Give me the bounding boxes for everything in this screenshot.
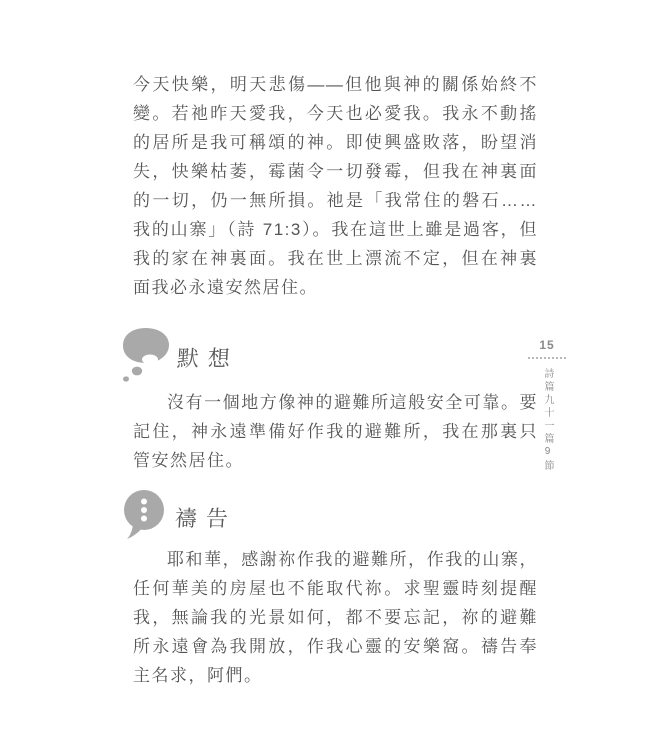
thought-bubble-icon [119, 326, 171, 389]
page-number: 15 [539, 338, 554, 352]
book-page: 今天快樂，明天悲傷——但他與神的關係始終不變。若祂昨天愛我，今天也必愛我。我永不… [0, 0, 650, 750]
page-content: 今天快樂，明天悲傷——但他與神的關係始終不變。若祂昨天愛我，今天也必愛我。我永不… [133, 70, 538, 690]
page-marginalia: 15 詩篇九十一篇9節 [527, 338, 567, 478]
devotional-paragraph: 今天快樂，明天悲傷——但他與神的關係始終不變。若祂昨天愛我，今天也必愛我。我永不… [133, 70, 538, 302]
meditation-body: 沒有一個地方像神的避難所這般安全可靠。要記住，神永遠準備好作我的避難所，我在那裏… [133, 388, 538, 475]
meditation-heading: 默想 [176, 342, 240, 373]
verse-reference: 詩篇九十一篇9節 [542, 368, 552, 478]
meditation-section-header: 默想 [119, 328, 538, 386]
prayer-body: 耶和華，感謝祢作我的避難所，作我的山寨，任何華美的房屋也不能取代祢。求聖靈時刻提… [133, 545, 538, 690]
speech-bubble-icon [119, 489, 169, 546]
dotted-rule [528, 357, 566, 359]
prayer-section-header: 禱告 [119, 491, 538, 543]
prayer-heading: 禱告 [174, 502, 238, 533]
